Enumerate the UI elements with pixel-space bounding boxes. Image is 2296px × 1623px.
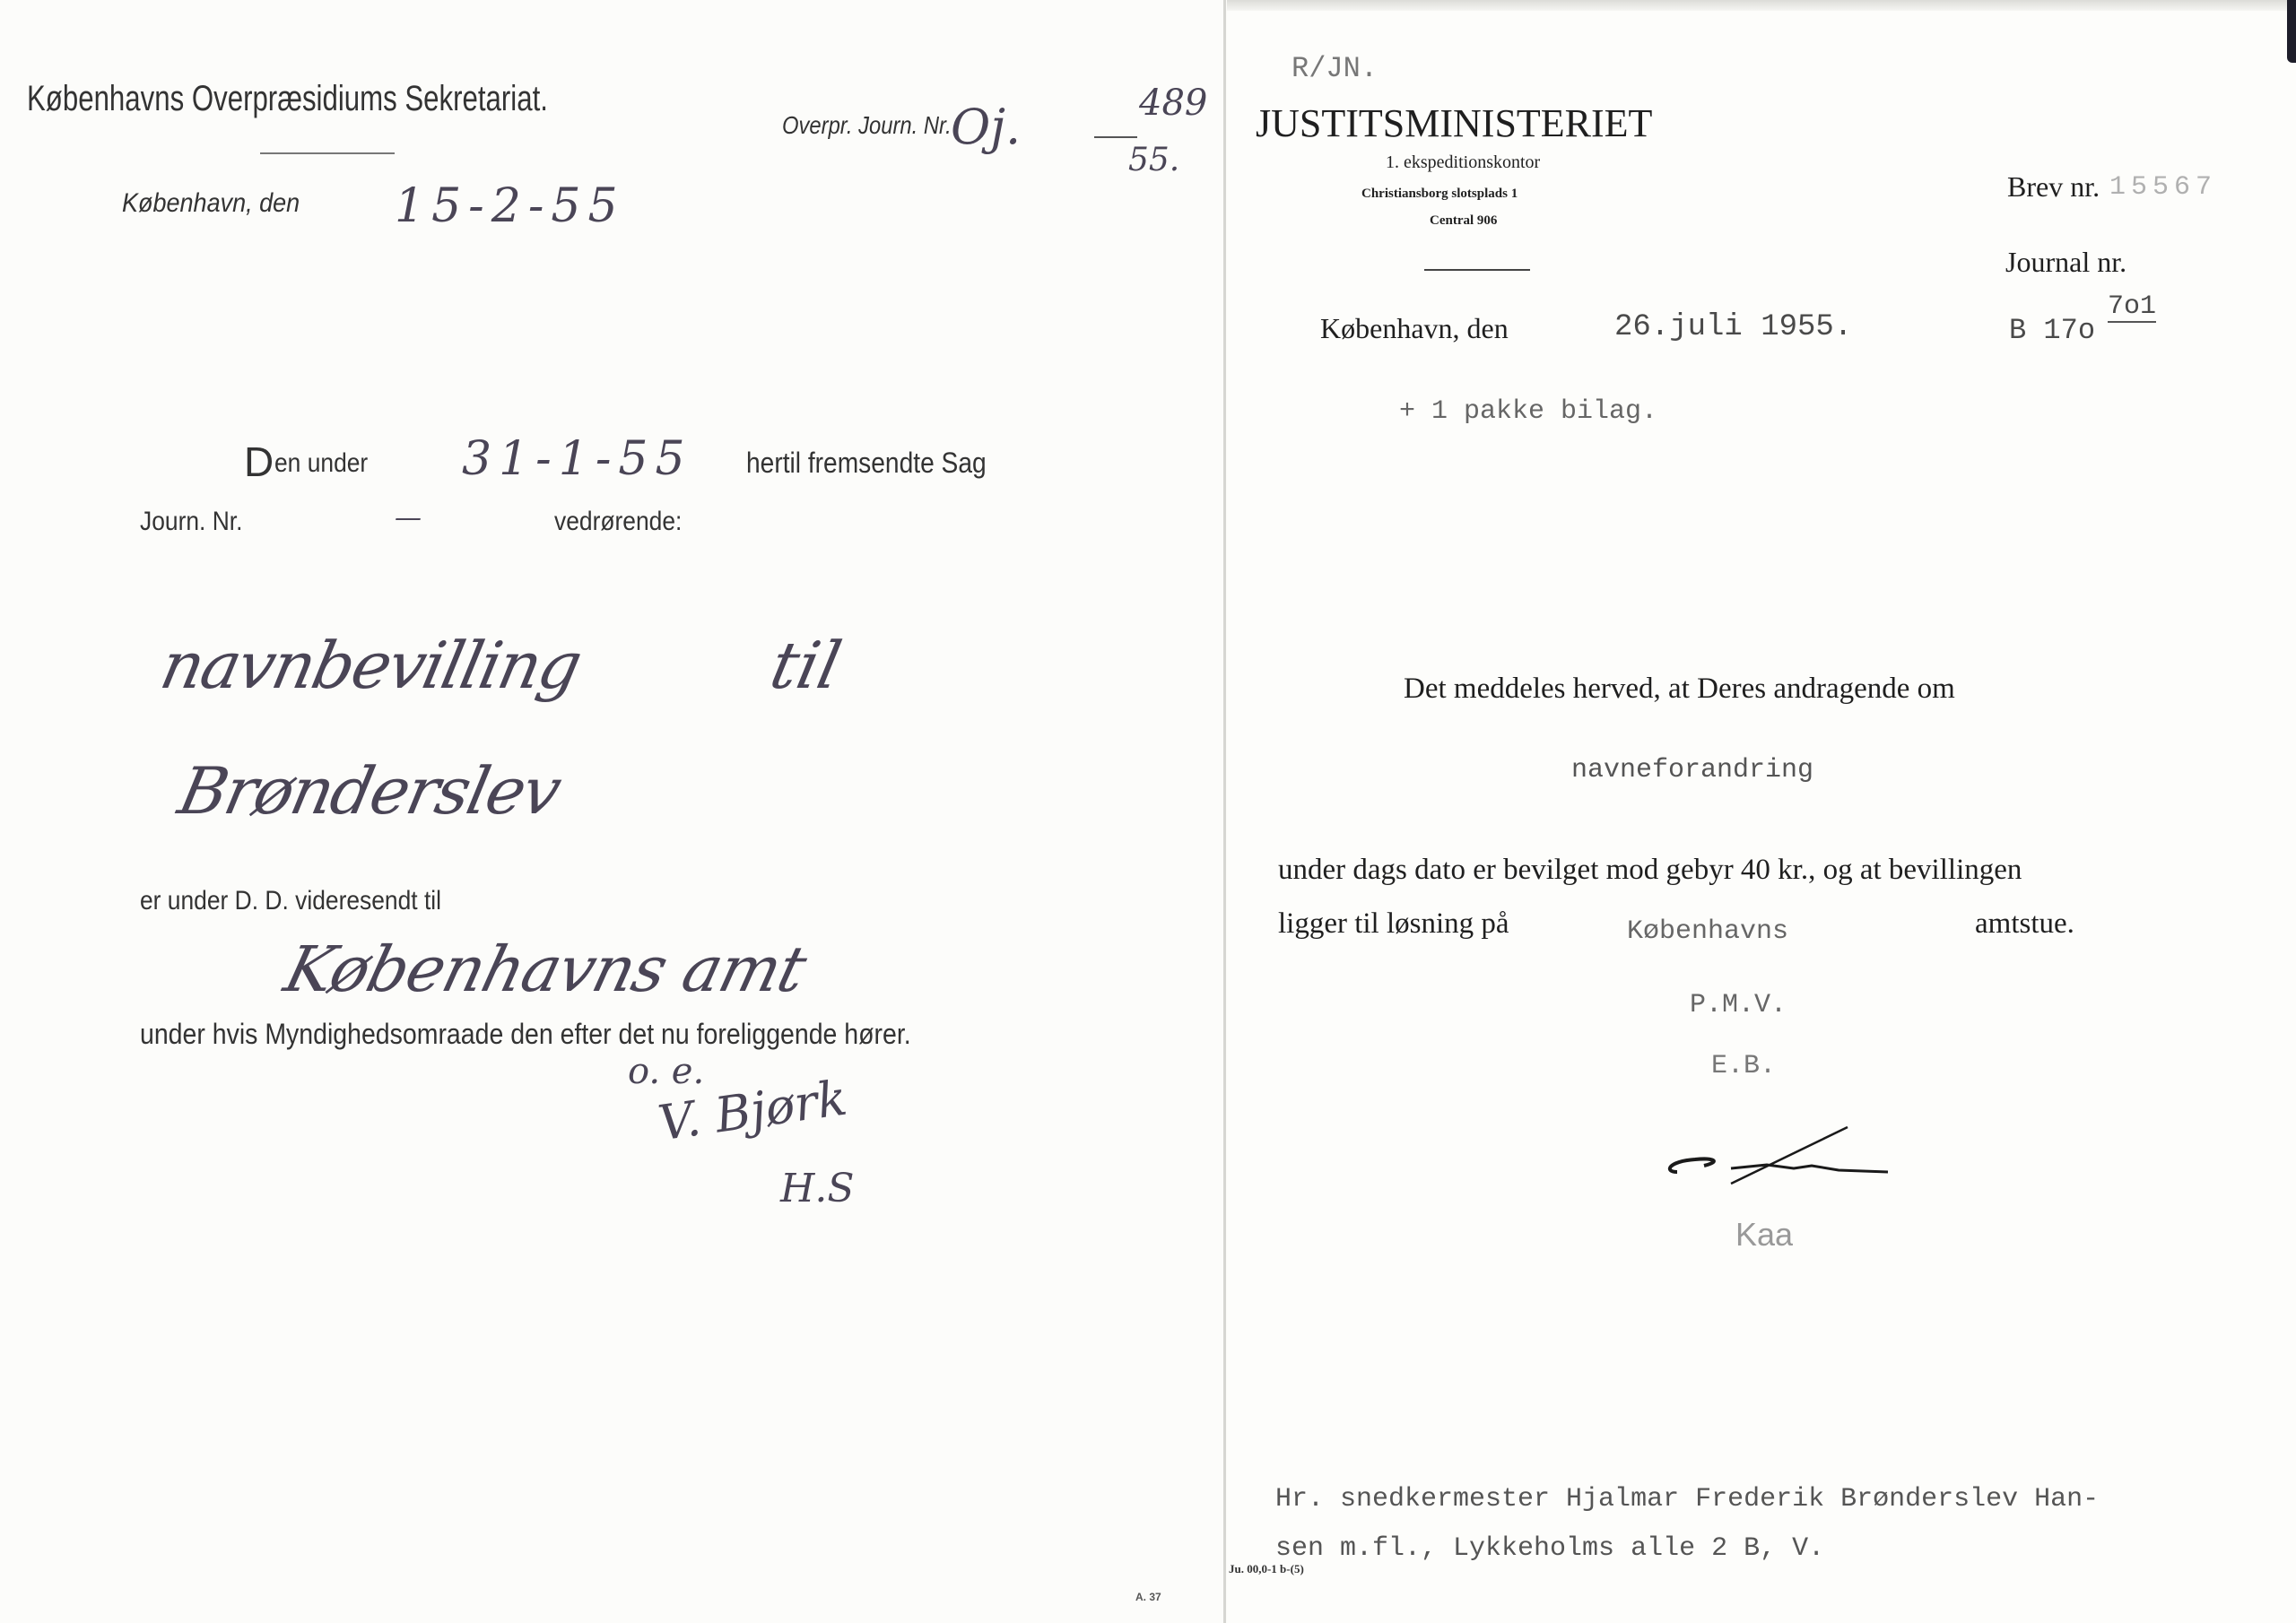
- body-line3-after: amtstue.: [1975, 907, 2074, 941]
- brev-nr-value: 15567: [2109, 172, 2217, 203]
- ministry-address: Christiansborg slotsplads 1: [1361, 187, 1518, 202]
- journal-handwritten-year: 55.: [1128, 142, 1179, 178]
- journal-handwritten-number: 489: [1139, 82, 1207, 124]
- line1-handwritten-date: 31-1-55: [462, 432, 692, 486]
- corner-shadow: [2287, 0, 2296, 63]
- right-form-code: Ju. 00,0-1 b-(5): [1229, 1562, 1304, 1576]
- left-form-code: A. 37: [1135, 1591, 1161, 1603]
- handwritten-subject-line1: navnbevilling: [154, 628, 587, 703]
- left-date-handwritten: 15-2-55: [395, 179, 625, 233]
- line1-label-after: hertil fremsendte Sag: [746, 447, 987, 480]
- signature-mark: [1659, 1116, 1892, 1188]
- left-document-page: Københavns Overpræsidiums Sekretariat. O…: [0, 0, 1225, 1623]
- line1-initial: D: [244, 438, 274, 486]
- handwritten-subject-line1b: til: [764, 628, 848, 703]
- overpr-journal-label: Overpr. Journ. Nr.: [782, 111, 952, 140]
- page-divider: [1223, 0, 1226, 1623]
- body-line3-before: ligger til løsning på: [1278, 907, 1509, 941]
- addressee-line2: sen m.fl., Lykkeholms alle 2 B, V.: [1275, 1533, 1824, 1564]
- header-divider: [260, 152, 395, 154]
- body-line3-place: Københavns: [1627, 916, 1788, 947]
- journ-nr-label: Journ. Nr.: [140, 507, 242, 537]
- body-line2: under dags dato er bevilget mod gebyr 40…: [1278, 854, 2022, 887]
- authority-label: under hvis Myndighedsomraade den efter d…: [140, 1018, 911, 1051]
- body-line1: Det meddeles herved, at Deres andragende…: [1404, 673, 1955, 706]
- letter-date-label: København, den: [1320, 312, 1509, 345]
- forwarded-label: er under D. D. videresendt til: [140, 886, 441, 916]
- ministry-name: JUSTITSMINISTERIET: [1256, 100, 1652, 146]
- eb-line: E.B.: [1711, 1051, 1776, 1081]
- left-date-label: København, den: [122, 188, 300, 219]
- signature-line3: H.S: [780, 1166, 855, 1211]
- journ-nr-value: —: [395, 502, 422, 534]
- brev-nr-label: Brev nr.: [2007, 170, 2100, 204]
- pmv-line: P.M.V.: [1690, 990, 1787, 1020]
- signature-line1: o. e.: [628, 1051, 704, 1092]
- signature-stamp: Kaa: [1735, 1216, 1793, 1254]
- journal-handwritten-prefix: Oj.: [951, 99, 1021, 155]
- journal-nr-value: B 17o: [2009, 314, 2095, 347]
- letter-date-value: 26.juli 1955.: [1614, 310, 1852, 344]
- letter-reference: R/JN.: [1291, 52, 1378, 85]
- journal-nr-superscript: 7o1: [2108, 292, 2156, 323]
- letterhead-divider: [1424, 269, 1530, 271]
- handwritten-subject-line2: Brønderslev: [172, 753, 566, 829]
- enclosure-note: + 1 pakke bilag.: [1399, 396, 1657, 427]
- line1-label-before: en under: [274, 448, 368, 479]
- right-document-page: [1227, 0, 2296, 1623]
- page-top-edge: [1227, 0, 2296, 11]
- journal-fraction-line: [1094, 136, 1137, 138]
- ministry-phone: Central 906: [1430, 213, 1497, 229]
- body-subject: navneforandring: [1571, 755, 1813, 785]
- regarding-label: vedrørende:: [554, 507, 682, 537]
- left-header-title: Københavns Overpræsidiums Sekretariat.: [27, 79, 548, 119]
- ministry-office: 1. ekspeditionskontor: [1386, 152, 1540, 173]
- journal-nr-label: Journal nr.: [2005, 246, 2126, 279]
- addressee-line1: Hr. snedkermester Hjalmar Frederik Brønd…: [1275, 1484, 2099, 1515]
- handwritten-recipient: Københavns amt: [278, 933, 813, 1006]
